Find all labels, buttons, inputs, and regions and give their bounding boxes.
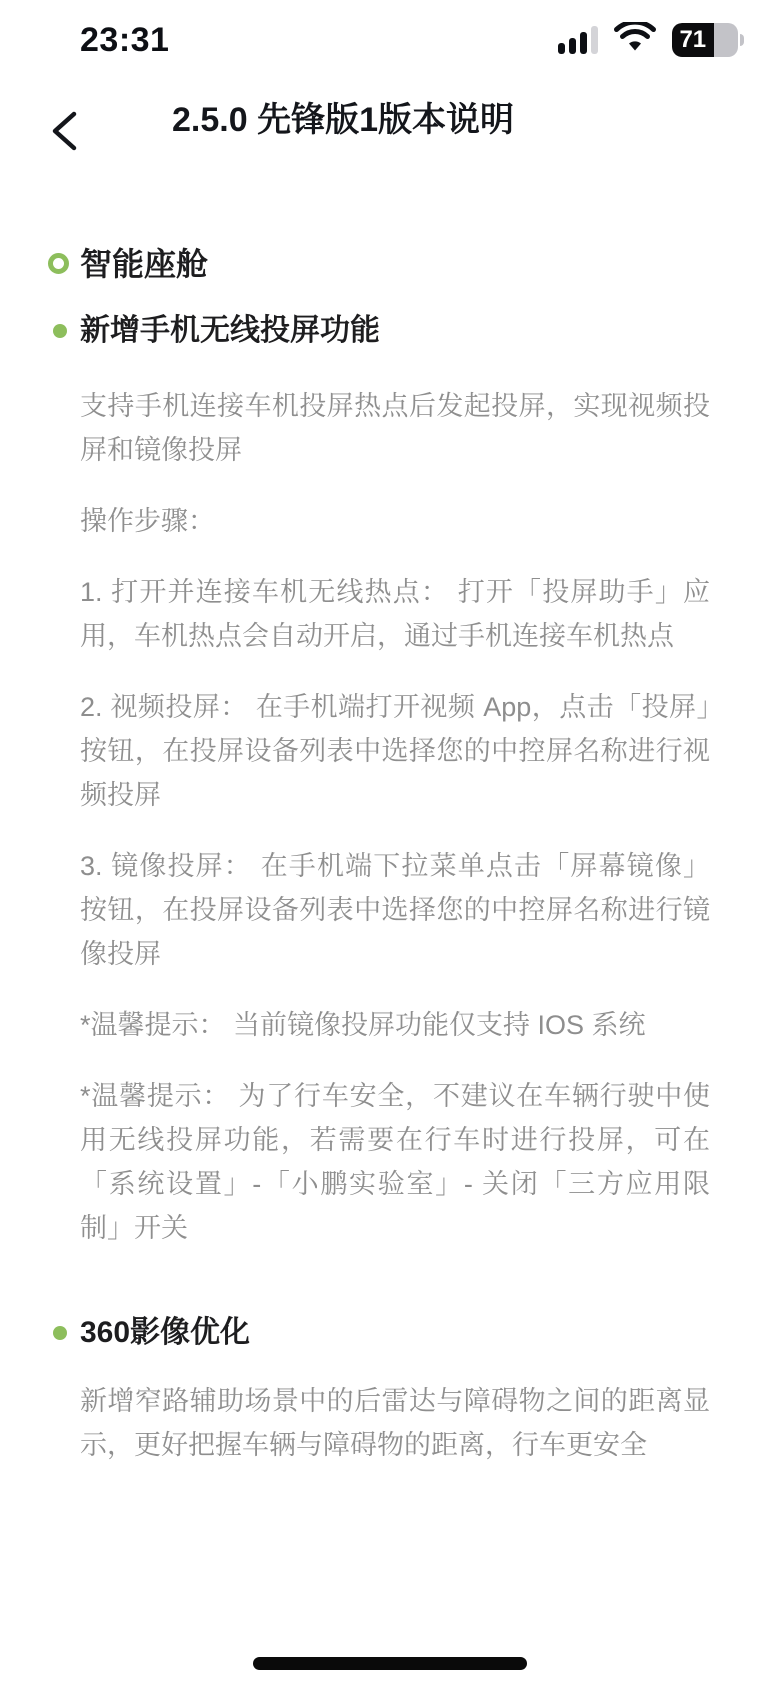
back-button[interactable] — [44, 110, 84, 154]
home-indicator[interactable] — [253, 1657, 527, 1670]
feature-wireless-screencast: 新增手机无线投屏功能 支持手机连接车机投屏热点后发起投屏，实现视频投屏和镜像投屏… — [80, 312, 710, 1250]
cellular-signal-icon — [558, 26, 598, 54]
section-heading-smart-cockpit: 智能座舱 — [80, 246, 710, 282]
feature-title: 新增手机无线投屏功能 — [80, 312, 710, 350]
status-time: 23:31 — [80, 21, 169, 60]
status-icons: 71 — [558, 22, 744, 59]
feature-paragraph: 2. 视频投屏： 在手机端打开视频 App，点击「投屏」按钮，在投屏设备列表中选… — [80, 685, 710, 817]
feature-paragraph: 操作步骤： — [80, 499, 710, 543]
battery-percent: 71 — [672, 23, 714, 57]
feature-360-camera: 360影像优化 新增窄路辅助场景中的后雷达与障碍物之间的距离显示，更好把握车辆与… — [80, 1314, 710, 1467]
feature-heading: 新增手机无线投屏功能 — [80, 312, 710, 350]
wifi-icon — [614, 22, 656, 59]
status-bar: 23:31 71 — [0, 0, 780, 66]
page-title: 2.5.0 先锋版1版本说明 — [172, 98, 514, 142]
feature-title: 360影像优化 — [80, 1314, 710, 1352]
dot-bullet-icon — [53, 1326, 67, 1340]
nav-bar: 2.5.0 先锋版1版本说明 — [0, 66, 780, 146]
feature-heading: 360影像优化 — [80, 1314, 710, 1352]
feature-paragraph: 1. 打开并连接车机无线热点： 打开「投屏助手」应用，车机热点会自动开启，通过手… — [80, 570, 710, 658]
chevron-left-icon — [49, 139, 79, 154]
release-notes-content: 智能座舱 新增手机无线投屏功能 支持手机连接车机投屏热点后发起投屏，实现视频投屏… — [0, 246, 780, 1467]
feature-paragraph: 支持手机连接车机投屏热点后发起投屏，实现视频投屏和镜像投屏 — [80, 384, 710, 472]
feature-paragraph: *温馨提示： 为了行车安全，不建议在车辆行驶中使用无线投屏功能，若需要在行车时进… — [80, 1074, 710, 1250]
battery-cap — [740, 34, 744, 46]
battery-icon: 71 — [672, 23, 744, 57]
feature-paragraph: *温馨提示： 当前镜像投屏功能仅支持 IOS 系统 — [80, 1003, 710, 1047]
section-title: 智能座舱 — [80, 246, 710, 282]
app-screen: 23:31 71 — [0, 0, 780, 1688]
feature-paragraph: 新增窄路辅助场景中的后雷达与障碍物之间的距离显示，更好把握车辆与障碍物的距离，行… — [80, 1379, 710, 1467]
feature-paragraph: 3. 镜像投屏： 在手机端下拉菜单点击「屏幕镜像」按钮，在投屏设备列表中选择您的… — [80, 844, 710, 976]
ring-bullet-icon — [48, 253, 69, 274]
dot-bullet-icon — [53, 324, 67, 338]
